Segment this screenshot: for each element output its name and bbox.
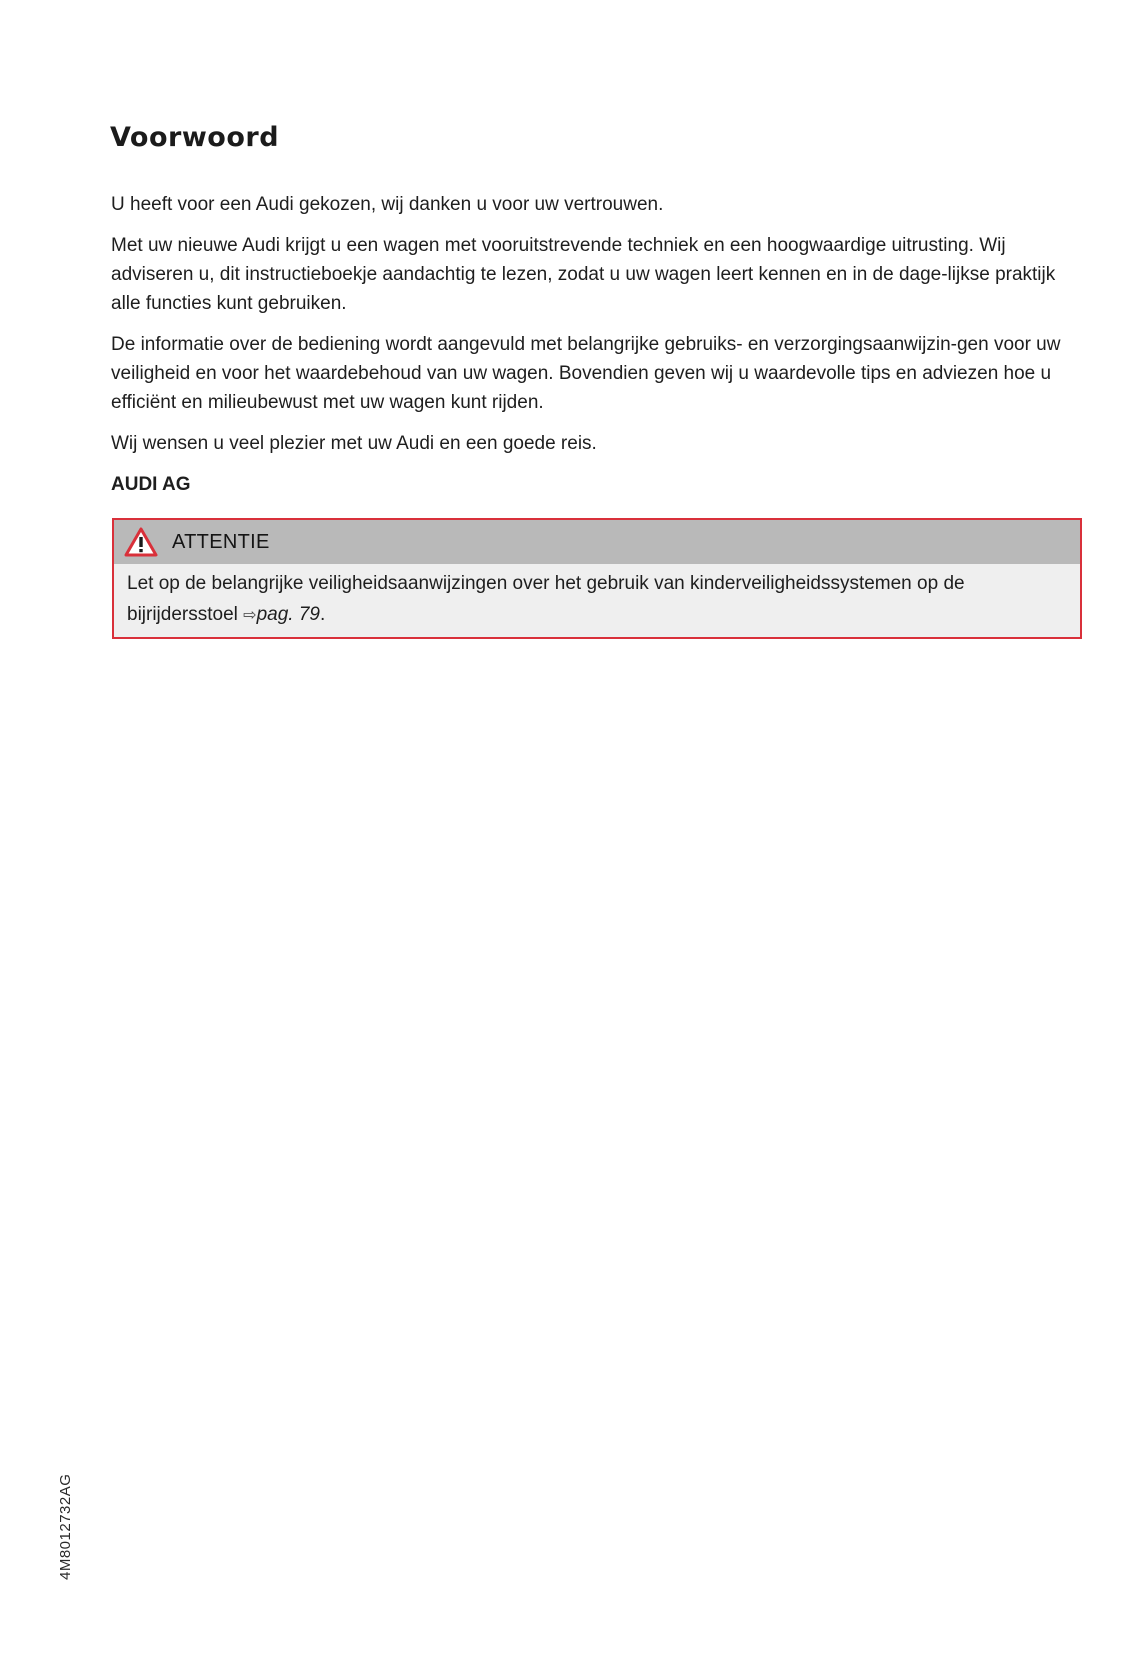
warning-box: ATTENTIE Let op de belangrijke veilighei… — [112, 518, 1082, 639]
warning-body: Let op de belangrijke veiligheidsaanwijz… — [114, 564, 1080, 637]
page-reference-link[interactable]: pag. 79 — [257, 604, 320, 625]
preface-content: U heeft voor een Audi gekozen, wij danke… — [111, 190, 1081, 511]
page-title: Voorwoord — [110, 122, 279, 153]
warning-title: ATTENTIE — [172, 531, 270, 554]
document-code: 4M8012732AG — [57, 1474, 74, 1580]
warning-triangle-icon — [124, 527, 158, 557]
paragraph-intro: U heeft voor een Audi gekozen, wij danke… — [111, 190, 1081, 219]
page-ref-suffix: . — [320, 604, 325, 625]
signature: AUDI AG — [111, 470, 1081, 499]
paragraph-wishes: Wij wensen u veel plezier met uw Audi en… — [111, 429, 1081, 458]
paragraph-information: De informatie over de bediening wordt aa… — [111, 330, 1081, 417]
arrow-right-icon: ⇨ — [243, 607, 256, 624]
paragraph-advice: Met uw nieuwe Audi krijgt u een wagen me… — [111, 231, 1081, 318]
warning-header: ATTENTIE — [114, 520, 1080, 564]
